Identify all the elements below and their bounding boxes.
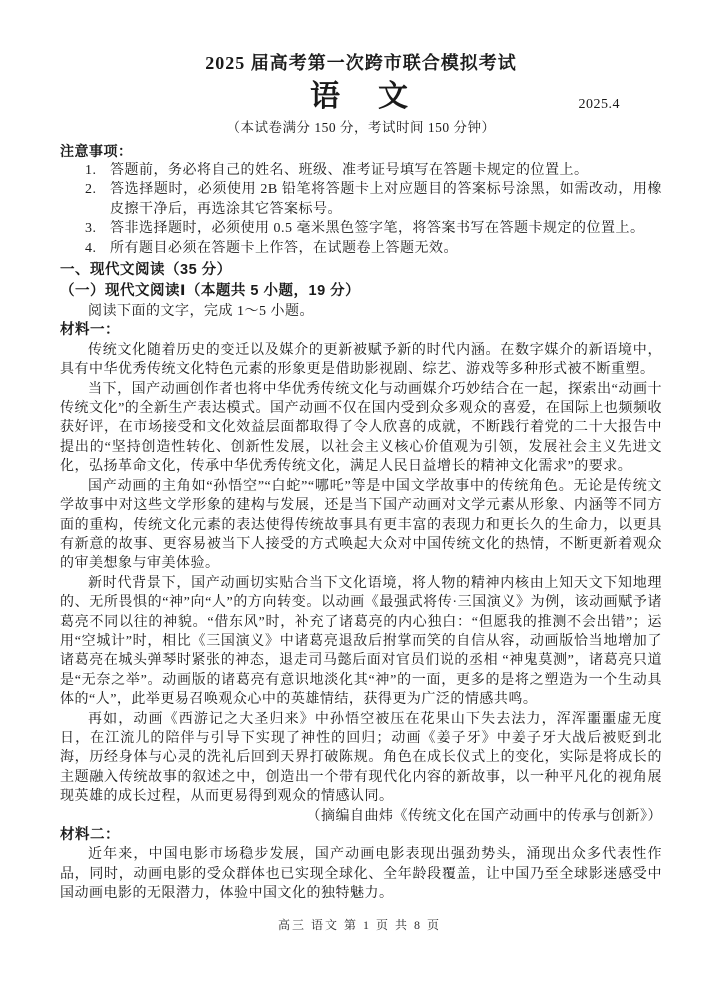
notice-item-4: 4. 所有题目必须在答题卡上作答，在试题卷上答题无效。 [85, 239, 662, 258]
subsection-heading-reading-1: （一）现代文阅读Ⅰ（本题共 5 小题，19 分） [60, 281, 662, 302]
notice-item-1: 1. 答题前，务必将自己的姓名、班级、准考证号填写在答题卡规定的位置上。 [85, 161, 662, 180]
notice-item-2: 2. 答选择题时，必须使用 2B 铅笔将答题卡上对应题目的答案标号涂黑，如需改动… [85, 180, 662, 219]
material-2-label: 材料二： [60, 826, 662, 845]
material-1-paragraph-2: 当下，国产动画创作者也将中华优秀传统文化与动画媒介巧妙结合在一起，探索出“动画十… [60, 380, 662, 477]
notice-item-3: 3. 答非选择题时，必须使用 0.5 毫米黑色签字笔，将答案书写在答题卡规定的位… [85, 219, 662, 238]
material-2-paragraph-1: 近年来，中国电影市场稳步发展，国产动画电影表现出强劲势头，涌现出众多代表性作品，… [60, 845, 662, 903]
exam-info-line: （本试卷满分 150 分，考试时间 150 分钟） [60, 118, 662, 138]
material-1-paragraph-3: 国产动画的主角如“孙悟空”“白蛇”“哪吒”等是中国文学故事中的传统角色。无论是传… [60, 477, 662, 574]
notice-item-number: 4. [85, 239, 110, 258]
section-heading-modern-reading: 一、现代文阅读（35 分） [60, 260, 662, 281]
exam-date: 2025.4 [579, 95, 621, 114]
exam-title: 2025 届高考第一次跨市联合模拟考试 [60, 50, 662, 76]
notice-item-number: 1. [85, 161, 110, 180]
reading-intro: 阅读下面的文字，完成 1～5 小题。 [60, 302, 662, 321]
notice-item-text: 答选择题时，必须使用 2B 铅笔将答题卡上对应题目的答案标号涂黑，如需改动，用橡… [110, 180, 662, 219]
notice-item-number: 2. [85, 180, 110, 219]
notice-item-text: 答非选择题时，必须使用 0.5 毫米黑色签字笔，将答案书写在答题卡规定的位置上。 [110, 219, 662, 238]
material-1-paragraph-5: 再如，动画《西游记之大圣归来》中孙悟空被压在花果山下失去法力，浑浑噩噩虚无度日，… [60, 710, 662, 807]
material-1-label: 材料一： [60, 321, 662, 340]
material-1-paragraph-1: 传统文化随着历史的变迁以及媒介的更新被赋予新的时代内涵。在数字媒介的新语境中，具… [60, 341, 662, 380]
subject-row: 语 文 2025.4 [60, 76, 662, 118]
notice-item-number: 3. [85, 219, 110, 238]
exam-paper-page: 2025 届高考第一次跨市联合模拟考试 语 文 2025.4 （本试卷满分 15… [0, 0, 719, 983]
material-1-paragraph-4: 新时代背景下，国产动画切实贴合当下文化语境，将人物的精神内核由上知天文下知地理的… [60, 574, 662, 710]
notice-heading: 注意事项： [60, 141, 662, 161]
page-footer: 高三 语文 第 1 页 共 8 页 [0, 917, 719, 933]
subject-title: 语 文 [310, 80, 412, 113]
notice-item-text: 所有题目必须在答题卡上作答，在试题卷上答题无效。 [110, 239, 662, 258]
notice-item-text: 答题前，务必将自己的姓名、班级、准考证号填写在答题卡规定的位置上。 [110, 161, 662, 180]
material-1-source: （摘编自曲炜《传统文化在国产动画中的传承与创新》） [60, 807, 662, 826]
